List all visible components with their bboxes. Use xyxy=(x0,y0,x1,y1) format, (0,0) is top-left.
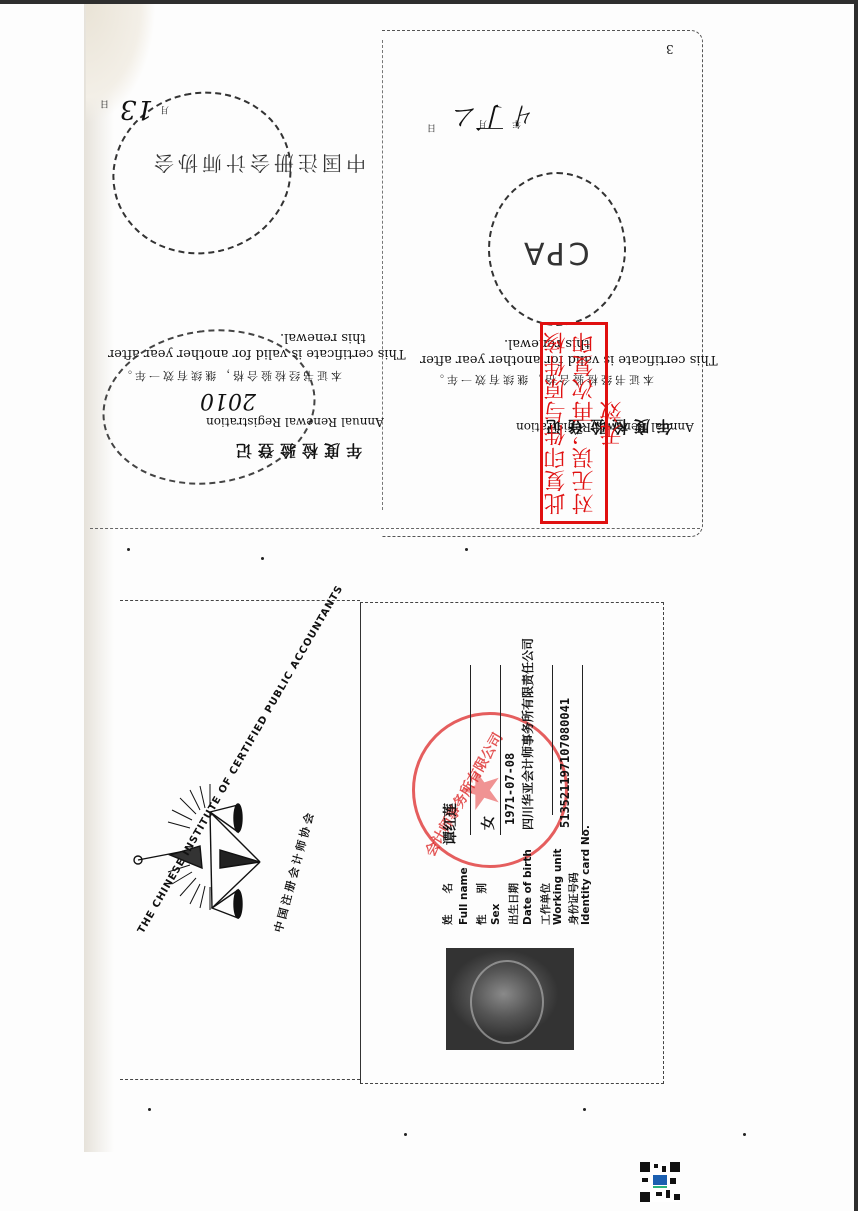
field-label-name-cn: 姓 名 xyxy=(440,883,455,925)
scan-speck xyxy=(743,1133,746,1136)
date-label-month: 月 xyxy=(160,104,169,117)
copy-verification-stamp: 此复印件与原件核对无误，再次复印无效 xyxy=(540,322,608,524)
field-label-id-cn: 身份证号码 xyxy=(566,873,581,926)
qr-logo-icon xyxy=(653,1175,667,1185)
renewal-text-en-1: This certificate is valid for another ye… xyxy=(108,346,406,361)
scan-shadow-edge xyxy=(84,4,114,1152)
page-number: 3 xyxy=(666,42,674,56)
handwritten-signature-date: ㄐ丁ㄥ xyxy=(450,98,540,142)
date-label-month: 月 xyxy=(478,118,487,131)
handwritten-date: 13 xyxy=(120,94,153,124)
scan-speck xyxy=(583,1108,586,1111)
field-value-unit: 四川华亚会计师事务所有限责任公司 xyxy=(520,630,536,830)
field-label-dob-en: Date of birth xyxy=(522,849,534,925)
scan-speck xyxy=(148,1108,151,1111)
qr-logo-stripe xyxy=(653,1186,667,1188)
scan-speck xyxy=(404,1133,407,1136)
field-value-sex: 女 xyxy=(478,816,498,830)
viewer-frame-right xyxy=(854,0,858,1211)
field-label-sex-en: Sex xyxy=(490,904,502,925)
field-rule-id xyxy=(582,665,583,835)
field-value-name: 谭红莲 xyxy=(440,803,460,845)
field-label-unit-en: Working unit xyxy=(552,849,564,925)
field-rule-sex xyxy=(500,665,501,835)
holder-photo-face xyxy=(470,960,544,1044)
field-rule-name xyxy=(470,665,471,835)
page-divider xyxy=(382,40,383,510)
renewal-text-en-2: this renewal. xyxy=(280,330,366,345)
date-label-day: 日 xyxy=(427,122,436,135)
field-value-dob: 1971-07-08 xyxy=(503,753,517,825)
renewal-text-cn: 本证书经检验合格，继续有效一年。 xyxy=(118,368,342,384)
copy-verification-text: 此复印件与原件核对无误，再次复印无效 xyxy=(543,325,605,521)
renewal-title-cn: 年度检验登记 xyxy=(230,440,362,463)
page-edge-line xyxy=(90,528,700,529)
field-label-sex-cn: 性 别 xyxy=(474,883,489,925)
scan-speck xyxy=(465,548,468,551)
field-label-unit-cn: 工作单位 xyxy=(538,883,553,925)
field-label-dob-cn: 出生日期 xyxy=(506,883,521,925)
renewal-title-en: Annual Renewal Registration xyxy=(206,415,384,429)
field-value-id: 513521197107080041 xyxy=(558,698,572,828)
handwritten-year: 2010 xyxy=(200,388,256,413)
scan-speck xyxy=(261,557,264,560)
qr-code[interactable] xyxy=(640,1162,680,1202)
field-label-name-en: Full name xyxy=(458,867,470,925)
date-label-year: 年 xyxy=(512,118,521,131)
cpa-stamp-text: CPA xyxy=(520,235,590,270)
field-label-id-en: Identity card No. xyxy=(580,825,592,925)
field-rule-unit xyxy=(552,665,553,815)
date-label-day: 日 xyxy=(100,98,109,111)
scan-speck xyxy=(127,548,130,551)
stamp-text: 中国注册会计师协会 xyxy=(150,150,366,179)
